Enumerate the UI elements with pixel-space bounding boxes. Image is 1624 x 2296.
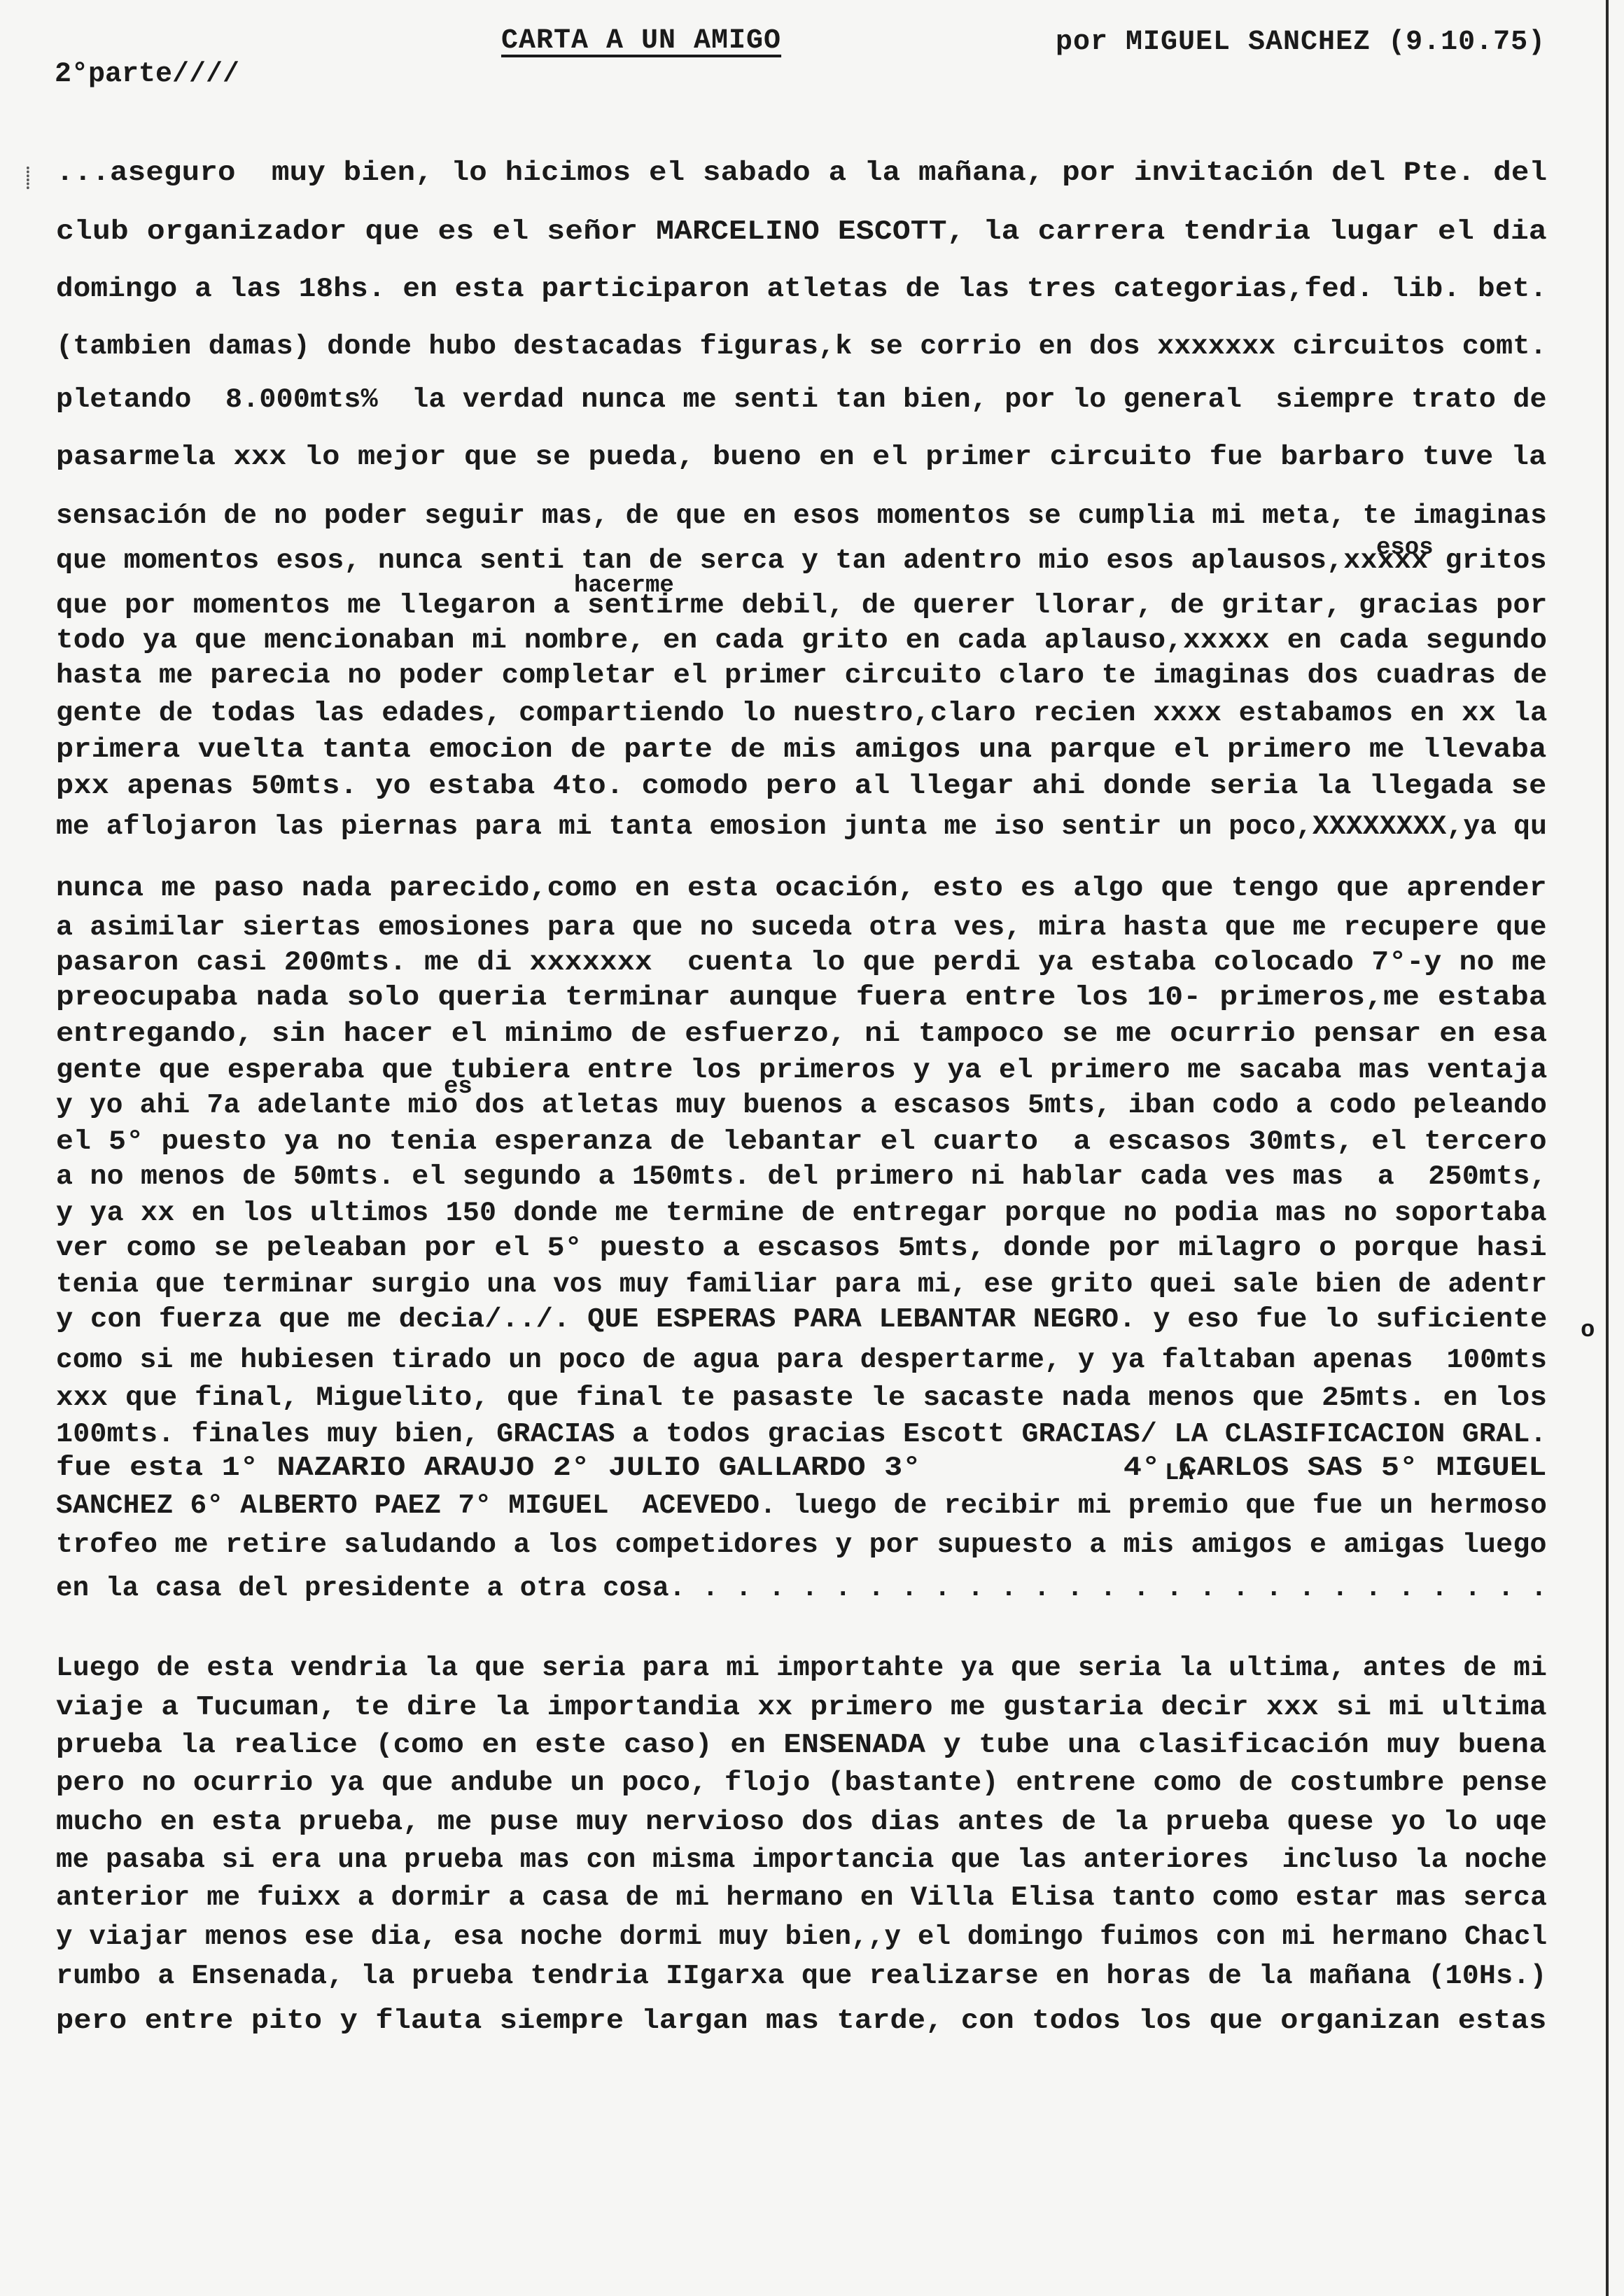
interlinear-insert: esos [1376, 535, 1434, 561]
text-line: primera vuelta tanta emocion de parte de… [56, 736, 1546, 764]
text-line: anterior me fuixx a dormir a casa de mi … [56, 1884, 1547, 1912]
text-line: trofeo me retire saludando a los competi… [56, 1532, 1547, 1559]
text-line: como si me hubiesen tirado un poco de ag… [56, 1347, 1547, 1374]
interlinear-insert: LA [1165, 1460, 1193, 1487]
letter-title: CARTA A UN AMIGO [501, 25, 781, 57]
text-line: ...aseguro muy bien, lo hicimos el sabad… [56, 160, 1547, 187]
text-line: gente de todas las edades, compartiendo … [56, 700, 1547, 727]
text-line: que momentos esos, nunca senti tan de se… [56, 547, 1547, 575]
text-line: tenia que terminar surgio una vos muy fa… [56, 1271, 1547, 1298]
interlinear-insert: es [444, 1074, 472, 1100]
text-line: club organizador que es el señor MARCELI… [56, 218, 1547, 246]
text-line: fue esta 1° NAZARIO ARAUJO 2° JULIO GALL… [56, 1455, 1547, 1482]
interlinear-insert: hacerme [574, 573, 674, 599]
text-line: viaje a Tucuman, te dire la importandia … [56, 1694, 1547, 1721]
text-line: y yo ahi 7a adelante mio dos atletas muy… [56, 1092, 1547, 1119]
text-line: y viajar menos ese dia, esa noche dormi … [56, 1924, 1547, 1951]
margin-mark: ⸽ [25, 162, 31, 192]
text-line: ver como se peleaban por el 5° puesto a … [56, 1235, 1547, 1262]
text-line: me aflojaron las piernas para mi tanta e… [56, 813, 1547, 841]
text-line: (tambien damas) donde hubo destacadas fi… [56, 333, 1547, 360]
text-line: a asimilar siertas emosiones para que no… [56, 914, 1547, 941]
text-line: y ya xx en los ultimos 150 donde me term… [56, 1200, 1547, 1227]
interlinear-insert: o [1581, 1317, 1595, 1344]
text-line: en la casa del presidente a otra cosa. .… [56, 1575, 1547, 1602]
text-line: Luego de esta vendria la que seria para … [56, 1655, 1547, 1682]
text-line: a no menos de 50mts. el segundo a 150mts… [56, 1163, 1547, 1191]
text-line: pasaron casi 200mts. me di xxxxxxx cuent… [56, 949, 1547, 976]
author-byline: por MIGUEL SANCHEZ (9.10.75) [1056, 27, 1546, 58]
text-line: hasta me parecia no poder completar el p… [56, 662, 1547, 689]
text-line: sensación de no poder seguir mas, de que… [56, 503, 1547, 530]
typewritten-page: CARTA A UN AMIGO por MIGUEL SANCHEZ (9.1… [0, 0, 1624, 2296]
text-line: preocupaba nada solo queria terminar aun… [56, 984, 1547, 1011]
text-line: pxx apenas 50mts. yo estaba 4to. comodo … [56, 773, 1546, 800]
text-line: me pasaba si era una prueba mas con mism… [56, 1847, 1547, 1874]
text-line: 100mts. finales muy bien, GRACIAS a todo… [56, 1421, 1547, 1448]
text-line: y con fuerza que me decia/../. QUE ESPER… [56, 1306, 1547, 1333]
text-line: pero entre pito y flauta siempre largan … [56, 2008, 1546, 2035]
text-line: pletando 8.000mts% la verdad nunca me se… [56, 386, 1547, 414]
text-line: rumbo a Ensenada, la prueba tendria IIga… [56, 1963, 1547, 1990]
text-line: pero no ocurrio ya que andube un poco, f… [56, 1770, 1547, 1797]
text-line: SANCHEZ 6° ALBERTO PAEZ 7° MIGUEL ACEVED… [56, 1492, 1547, 1520]
text-line: pasarmela xxx lo mejor que se pueda, bue… [56, 444, 1546, 471]
text-line: que por momentos me llegaron a sentirme … [56, 592, 1547, 619]
text-line: entregando, sin hacer el minimo de esfue… [56, 1021, 1547, 1048]
text-line: gente que esperaba que tubiera entre los… [56, 1057, 1547, 1084]
text-line: mucho en esta prueba, me puse muy nervio… [56, 1809, 1547, 1836]
text-line: prueba la realice (como en este caso) en… [56, 1732, 1546, 1759]
page-edge [1606, 0, 1609, 2296]
text-line: todo ya que mencionaban mi nombre, en ca… [56, 627, 1547, 654]
text-line: domingo a las 18hs. en esta participaron… [56, 276, 1547, 303]
text-line: xxx que final, Miguelito, que final te p… [56, 1385, 1547, 1412]
text-line: nunca me paso nada parecido,como en esta… [56, 875, 1547, 902]
text-line: el 5° puesto ya no tenia esperanza de le… [56, 1128, 1547, 1156]
part-label: 2°parte//// [55, 59, 239, 90]
